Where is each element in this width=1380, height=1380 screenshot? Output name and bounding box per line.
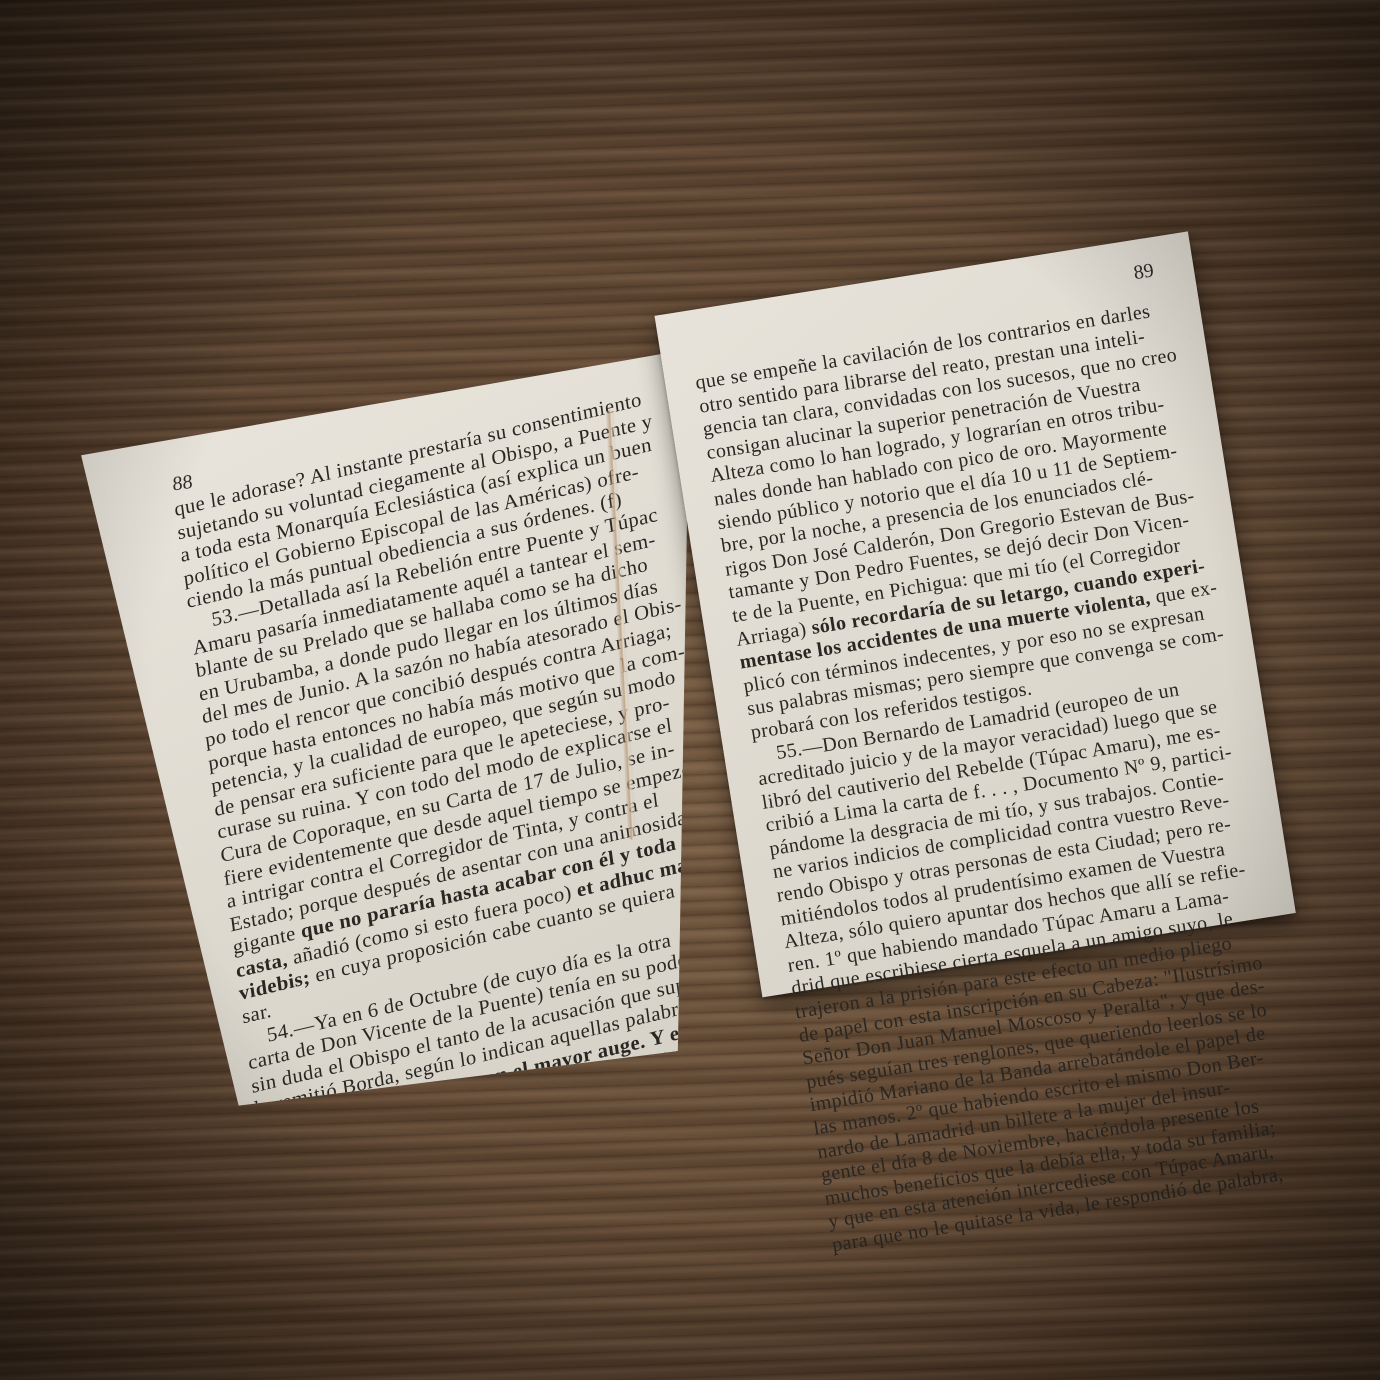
bold-text: tomará mucho cuerpo, etc.;: [373, 1155, 625, 1235]
left-footnote: (f) La Monarquía Eclesiástica, en la Amé…: [211, 1204, 599, 1379]
footnote-line: bierno Civil; y, en la mayoría de los ca…: [216, 1237, 595, 1346]
text-segment: . . .: [335, 1214, 376, 1245]
right-page-body: que se empeñe la cavilación de los contr…: [694, 297, 1312, 1258]
page-number-left: 88: [172, 471, 193, 497]
text-segment: pues por más: [622, 1127, 742, 1176]
footnote-line: do por aquélla. Sobre los hombros de los…: [218, 1254, 597, 1363]
text-line: te de mi tío, y la sublevación general p…: [265, 1076, 758, 1215]
page-number-right: 89: [1132, 259, 1155, 285]
footnote-rule: [206, 1261, 315, 1289]
text-segment: te de mi tío, y la sublevación general p…: [265, 1087, 710, 1213]
bold-text: el: [706, 988, 724, 1013]
left-page-body: que le adorase? Al instante prestaría su…: [173, 383, 764, 1260]
left-page: 88 que le adorase? Al instante prestaría…: [80, 349, 714, 1131]
text-line: cláusulas: Todo va con prudencia para qu…: [268, 1099, 761, 1238]
text-segment: cláusulas:: [268, 1193, 360, 1236]
footnote-line: (f) La Monarquía Eclesiástica, en la Amé…: [211, 1204, 590, 1313]
bold-text: macizo: [272, 1223, 338, 1260]
footnote-line: cabalgados los eclesiásticos!. . . (F.A.…: [220, 1271, 599, 1380]
text-line: macizo . . . tomará mucho cuerpo, etc.; …: [272, 1122, 765, 1261]
footnote-line: mienzo de la Conquista, era tangible y p…: [213, 1221, 592, 1330]
bold-text: lado tiene mucho honor.: [259, 1094, 479, 1167]
bold-text: Todo va con prudencia para que el golpe …: [358, 1099, 761, 1215]
right-page: 89 que se empeñe la cavilación de los co…: [655, 231, 1296, 997]
